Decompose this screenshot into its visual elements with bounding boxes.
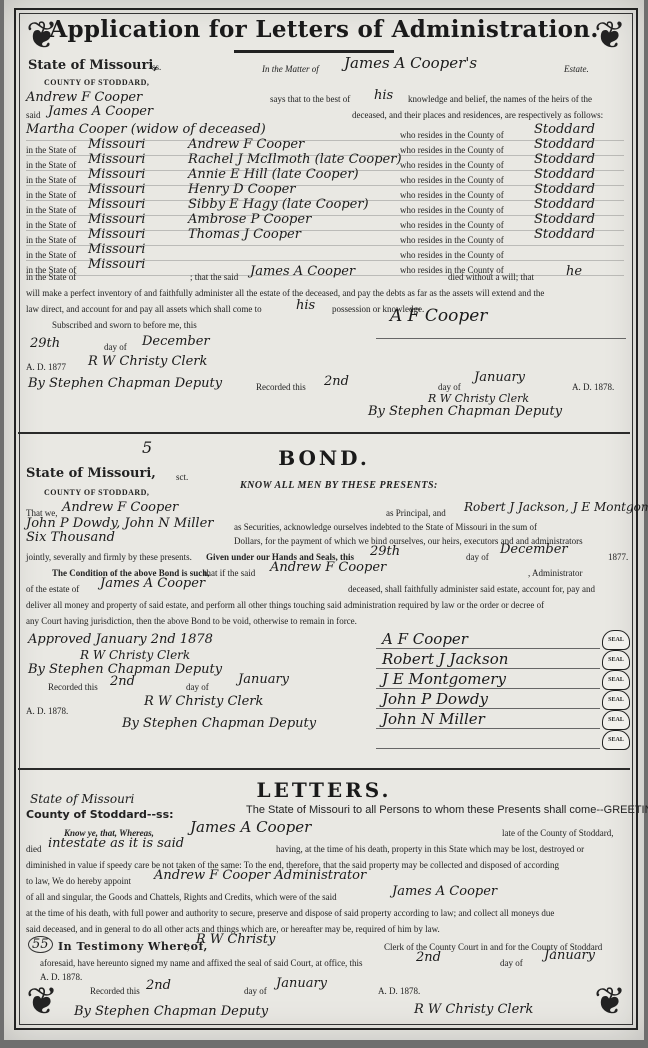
testimony-month: January [544, 948, 595, 963]
heir-name: Martha Cooper (widow of deceased) [26, 122, 266, 137]
letters-recorded-label: Recorded this [90, 986, 140, 996]
given-day: 29th [370, 544, 400, 559]
appointee: Andrew F Cooper Administrator [154, 868, 366, 883]
heir-name: Thomas J Cooper [188, 227, 301, 242]
sworn-year: 1877 [48, 362, 66, 372]
that-the-said: ; that the said [190, 272, 238, 282]
subscribed-text: Subscribed and sworn to before me, this [52, 320, 197, 330]
section-divider [18, 768, 630, 770]
corner-ornament-icon: ❦ [586, 978, 634, 1026]
bond-signature: A F Cooper [382, 630, 468, 648]
testimony-ad: A. D. 1878. [40, 972, 82, 982]
application-state-label: State of Missouri, [28, 58, 158, 73]
letters-county-label: County of Stoddard--ss: [26, 808, 174, 821]
estate-name: James A Cooper's [344, 54, 477, 72]
said-label: said [26, 110, 41, 120]
heir-resides-label: who resides in the County of [400, 190, 504, 200]
heir-state: Missouri [88, 242, 145, 257]
recorded-day-of: day of [438, 382, 461, 392]
heir-state: Missouri [88, 137, 145, 152]
having-text: having, at the time of his death, proper… [276, 844, 584, 854]
heir-name: Sibby E Hagy (late Cooper) [188, 197, 369, 212]
applicant-name: Andrew F Cooper [26, 90, 142, 105]
heir-state-label: in the State of [26, 235, 76, 245]
seal-icon: SEAL [602, 630, 630, 650]
document-page: ❦ ❦ ❦ ❦ Application for Letters of Admin… [4, 0, 644, 1040]
heir-county: Stoddard [534, 167, 595, 182]
given-year: 1877. [608, 552, 628, 562]
section-divider [18, 432, 630, 434]
heir-name: Ambrose P Cooper [188, 212, 311, 227]
bond-recorded-ad: A. D. 1878. [26, 706, 68, 716]
in-matter-label: In the Matter of [262, 64, 319, 74]
aforesaid-text: aforesaid, have hereunto signed my name … [40, 958, 363, 968]
if-said-text: that if the said [204, 568, 255, 578]
testimony-day-of: day of [500, 958, 523, 968]
bond-signature: J E Montgomery [382, 670, 506, 688]
heir-resides-label: who resides in the County of [400, 160, 504, 170]
estate-label: Estate. [564, 64, 589, 74]
bond-signature-line [376, 728, 600, 729]
letters-recorded-day-of: day of [244, 986, 267, 996]
administrator-name: Andrew F Cooper [270, 560, 386, 575]
recorded-day: 2nd [324, 374, 349, 389]
securities-text: as Securities, acknowledge ourselves ind… [234, 522, 537, 532]
bond-signature: John P Dowdy [382, 690, 488, 708]
deputy-signature: By Stephen Chapman Deputy [28, 376, 222, 391]
bond-signature-line [376, 668, 600, 669]
estate-of-name: James A Cooper [100, 576, 205, 591]
heir-resides-label: who resides in the County of [400, 205, 504, 215]
ad-label: A. D. [26, 362, 46, 372]
heir-county: Stoddard [534, 227, 595, 242]
says-text: says that to the best of [270, 94, 350, 104]
heir-resides-label: who resides in the County of [400, 175, 504, 185]
law-text: law direct, and account for and pay all … [26, 304, 262, 314]
heir-state-label: in the State of [26, 160, 76, 170]
deceased-name: James A Cooper [48, 104, 153, 119]
bond-recorded-day: 2nd [110, 674, 135, 689]
testimony-day: 2nd [416, 950, 441, 965]
bond-deceased-text: deceased, shall faithfully administer sa… [348, 584, 595, 594]
inventory-text: will make a perfect inventory of and fai… [26, 288, 544, 298]
bond-recorded-clerk: R W Christy Clerk [144, 694, 263, 709]
heir-name: Annie E Hill (late Cooper) [188, 167, 359, 182]
number-mark: 55 [28, 936, 53, 953]
seal-icon: SEAL [602, 670, 630, 690]
died-manner: intestate as it is said [48, 836, 184, 851]
application-county-label: COUNTY OF STODDARD, [44, 78, 149, 87]
died-pronoun: he [566, 264, 582, 279]
corner-ornament-icon: ❦ [18, 978, 66, 1026]
given-month: December [500, 542, 568, 557]
letters-recorded-ad: A. D. 1878. [378, 986, 420, 996]
letters-recorded-day: 2nd [146, 978, 171, 993]
heir-state: Missouri [88, 152, 145, 167]
heir-state-label: in the State of [26, 250, 76, 260]
heir-state: Missouri [88, 212, 145, 227]
bond-signature-line [376, 688, 600, 689]
bond-recorded-day-of: day of [186, 682, 209, 692]
court-text: any Court having jurisdiction, then the … [26, 616, 357, 626]
goods-name: James A Cooper [392, 884, 497, 899]
heir-county: Stoddard [534, 137, 595, 152]
letters-recorded-month: January [276, 976, 327, 991]
heir-resides-label: who resides in the County of [400, 130, 504, 140]
seal-icon: SEAL [602, 690, 630, 710]
signature-line [376, 338, 626, 339]
estate-of-text: of the estate of [26, 584, 79, 594]
bond-signature-line [376, 748, 600, 749]
heir-state-label: in the State of [26, 145, 76, 155]
heir-state: Missouri [88, 227, 145, 242]
heir-county: Stoddard [534, 212, 595, 227]
application-ss: ss. [152, 62, 161, 72]
seal-icon: SEAL [602, 650, 630, 670]
bond-ss: sct. [176, 472, 188, 482]
bond-state-label: State of Missouri, [26, 466, 156, 481]
recorded-ad: A. D. 1878. [572, 382, 614, 392]
in-state-of-label: in the State of [26, 272, 76, 282]
recorded-label: Recorded this [256, 382, 306, 392]
heir-county: Stoddard [534, 182, 595, 197]
possession-pronoun: his [296, 298, 315, 313]
heir-state: Missouri [88, 182, 145, 197]
deceased-text: deceased, and their places and residence… [352, 110, 603, 120]
seal-icon: SEAL [602, 710, 630, 730]
principal-name: Andrew F Cooper [62, 500, 178, 515]
heir-resides-label: who resides in the County of [400, 145, 504, 155]
recorded-deputy-signature: By Stephen Chapman Deputy [368, 404, 562, 419]
heir-state: Missouri [88, 197, 145, 212]
letters-deputy-signature: By Stephen Chapman Deputy [74, 1004, 268, 1019]
bond-county-label: COUNTY OF STODDARD, [44, 488, 149, 497]
died-name: James A Cooper [250, 264, 355, 279]
sworn-month: December [142, 334, 210, 349]
day-of-label: day of [104, 342, 127, 352]
know-all-men: KNOW ALL MEN BY THESE PRESENTS: [240, 480, 438, 491]
bond-recorded-label: Recorded this [48, 682, 98, 692]
heir-state-label: in the State of [26, 220, 76, 230]
appoint-text: to law, We do hereby appoint [26, 876, 131, 886]
heir-county: Stoddard [534, 197, 595, 212]
letters-clerk-signature: R W Christy Clerk [414, 1002, 533, 1017]
clerk-signature: R W Christy Clerk [88, 354, 207, 369]
heir-resides-label: who resides in the County of [400, 235, 504, 245]
bond-signature-line [376, 648, 600, 649]
heir-state: Missouri [88, 257, 145, 272]
heir-state-label: in the State of [26, 205, 76, 215]
deliver-text: deliver all money and property of said e… [26, 600, 544, 610]
heir-county: Stoddard [534, 152, 595, 167]
heir-name: Andrew F Cooper [188, 137, 304, 152]
pronoun: his [374, 88, 393, 103]
letters-deceased-name: James A Cooper [190, 818, 311, 836]
heir-name: Rachel J McIlmoth (late Cooper) [188, 152, 402, 167]
application-title: Application for Letters of Administratio… [4, 16, 644, 43]
knowledge-text: knowledge and belief, the names of the h… [408, 94, 592, 104]
bond-recorded-deputy: By Stephen Chapman Deputy [122, 716, 316, 731]
seal-icon: SEAL [602, 730, 630, 750]
late-of-text: late of the County of Stoddard, [502, 828, 613, 838]
bond-signature-line [376, 708, 600, 709]
heir-resides-label: who resides in the County of [400, 250, 504, 260]
sworn-day: 29th [30, 336, 60, 351]
heir-state: Missouri [88, 167, 145, 182]
recorded-month: January [474, 370, 525, 385]
bond-signature: Robert J Jackson [382, 650, 508, 668]
approved-text: Approved January 2nd 1878 [28, 632, 213, 647]
given-day-of: day of [466, 552, 489, 562]
heir-resides-label: who resides in the County of [400, 220, 504, 230]
heir-county: Stoddard [534, 122, 595, 137]
administrator-label: , Administrator [528, 568, 583, 578]
heir-state-label: in the State of [26, 190, 76, 200]
time-text: at the time of his death, with full powe… [26, 908, 554, 918]
letters-state: State of Missouri [30, 792, 134, 806]
died-text: died without a will; that [448, 272, 534, 282]
bond-sum: Six Thousand [26, 530, 115, 545]
bond-recorded-month: January [238, 672, 289, 687]
testimony-i: I, [184, 942, 189, 952]
securities-2: John P Dowdy, John N Miller [26, 516, 214, 531]
heir-name: Henry D Cooper [188, 182, 295, 197]
jointly-text: jointly, severally and firmly by these p… [26, 552, 192, 562]
goods-text: of all and singular, the Goods and Chatt… [26, 892, 337, 902]
as-principal-text: as Principal, and [386, 508, 446, 518]
bond-signature: John N Miller [382, 710, 485, 728]
title-rule [234, 50, 394, 53]
approved-clerk: R W Christy Clerk [80, 648, 190, 662]
died-label: died [26, 844, 42, 854]
applicant-signature: A F Cooper [390, 306, 487, 326]
greeting: The State of Missouri to all Persons to … [246, 804, 648, 816]
testimony-clerk-name: R W Christy [196, 932, 275, 947]
securities-1: Robert J Jackson, J E Montgomery [464, 500, 648, 514]
heir-state-label: in the State of [26, 175, 76, 185]
